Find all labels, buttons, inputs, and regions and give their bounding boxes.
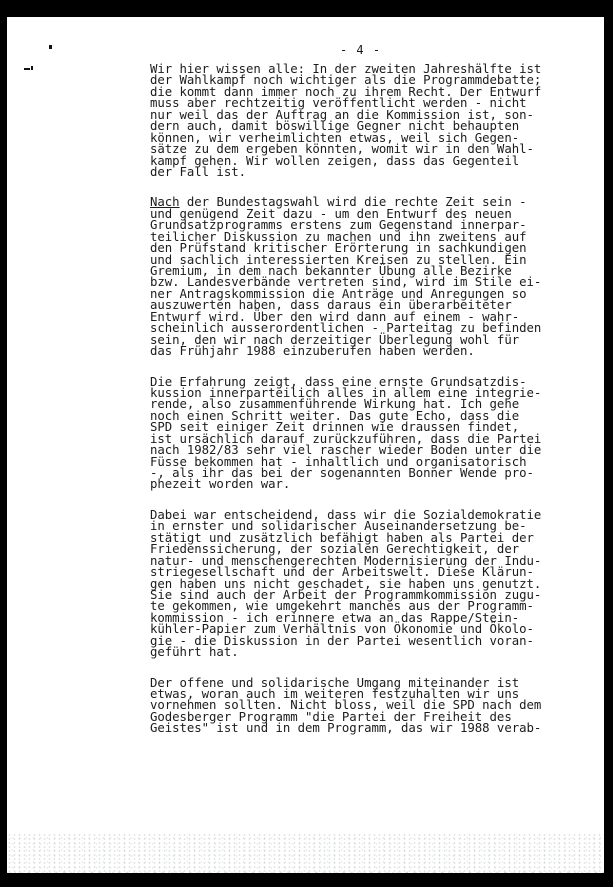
paragraph: Nach der Bundestagswahl wird die rechte … — [150, 197, 510, 357]
text-line: das Frühjahr 1988 einzuberufen haben wer… — [150, 346, 510, 357]
scan-noise — [7, 833, 604, 873]
paragraph: Wir hier wissen alle: In der zweiten Jah… — [150, 64, 510, 178]
page-number: - 4 - — [7, 43, 604, 57]
paragraph: Die Erfahrung zeigt, dass eine ernste Gr… — [150, 377, 510, 491]
scan-speck — [24, 68, 30, 70]
text-line: phezeit worden war. — [150, 479, 510, 490]
paragraph: Dabei war entscheidend, dass wir die Soz… — [150, 510, 510, 659]
paragraph: Der offene und solidarische Umgang mitei… — [150, 678, 510, 735]
text-line: der Fall ist. — [150, 167, 510, 178]
scan-speck — [31, 66, 33, 70]
document-body: Wir hier wissen alle: In der zweiten Jah… — [150, 64, 510, 754]
text-line: Geistes" ist und in dem Programm, das wi… — [150, 723, 510, 734]
scanned-page: - 4 - Wir hier wissen alle: In der zweit… — [7, 17, 604, 873]
text-line: geführt hat. — [150, 647, 510, 658]
